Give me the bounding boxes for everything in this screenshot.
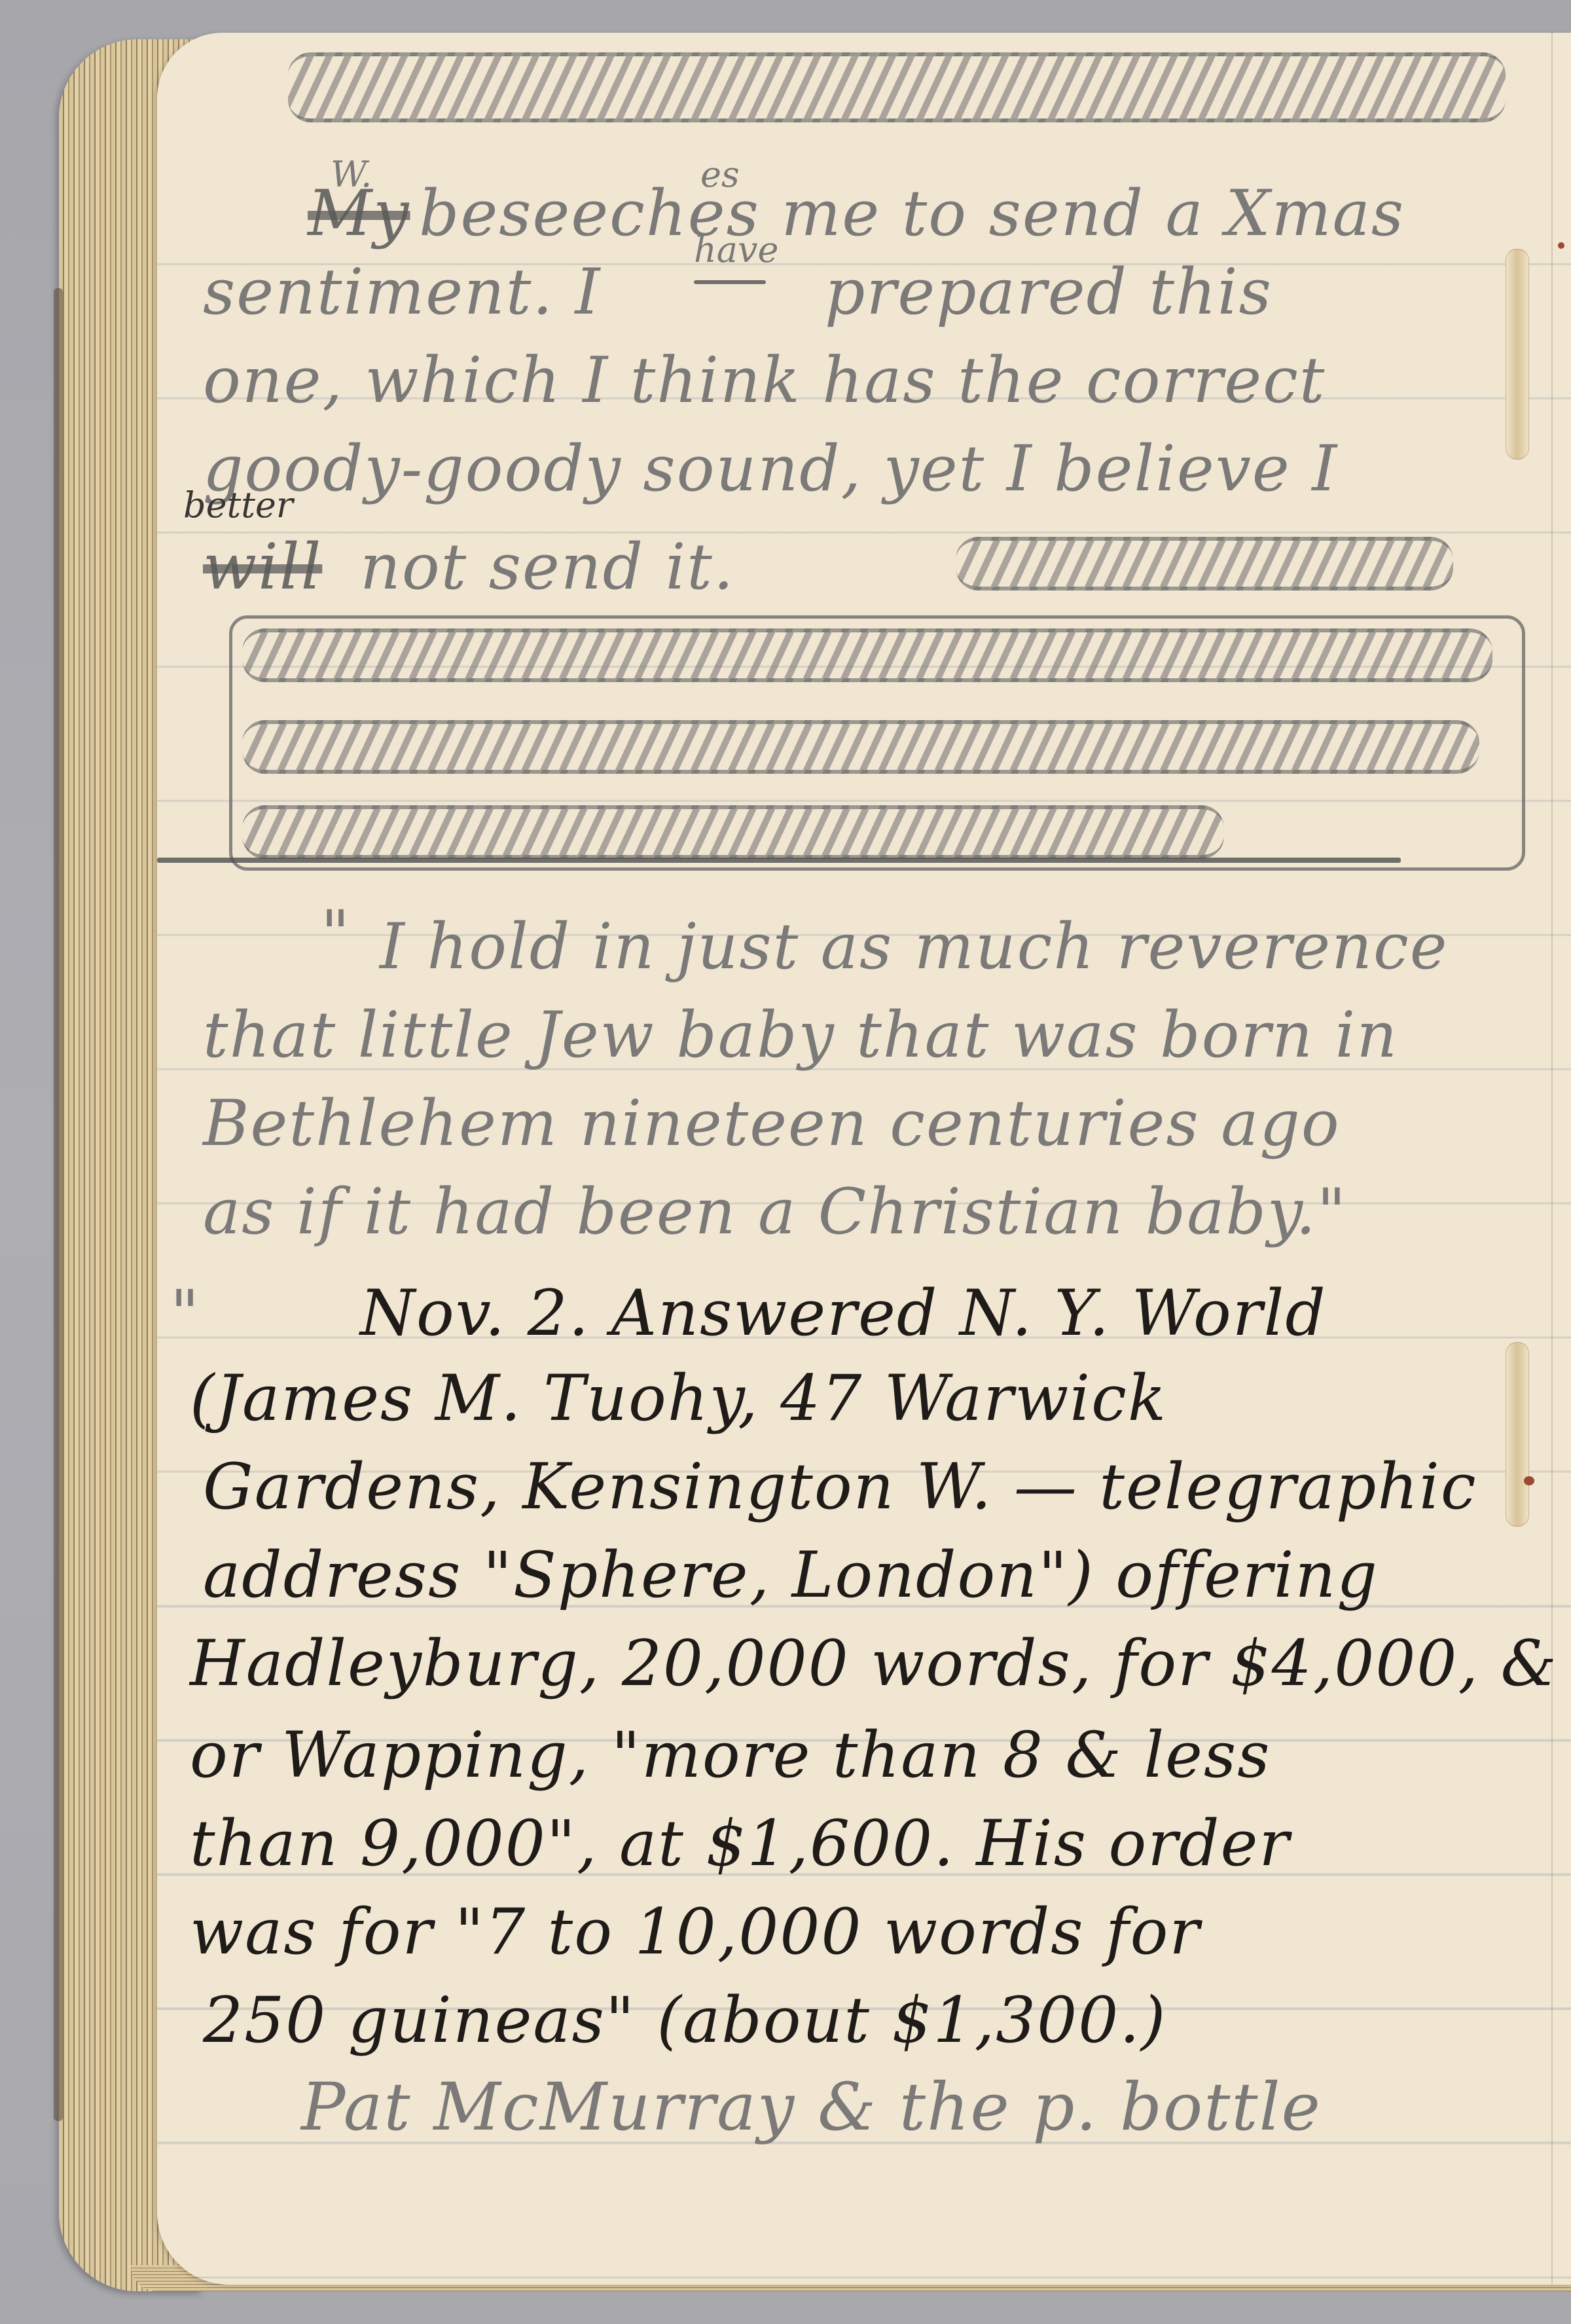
margin-insert-better: better: [183, 484, 293, 526]
xmas-line-2a: sentiment. I: [203, 255, 601, 329]
xmas-line-4: goody-goody sound, yet I believe I: [203, 432, 1338, 505]
nov-line-6: or Wapping, "more than 8 & less: [190, 1718, 1271, 1792]
worn-binding-edge: [54, 288, 63, 2121]
nov-line-5: Hadleyburg, 20,000 words, for $4,000, &: [190, 1627, 1558, 1700]
page-gutter-line: [1551, 33, 1553, 2285]
nov-line-4: address "Sphere, London") offering: [203, 1538, 1379, 1612]
cancelled-scribble-3: [242, 720, 1479, 774]
cancelled-block-underline: [157, 858, 1401, 863]
struck-heading-scribble: [288, 52, 1506, 122]
nov-line-9: 250 guineas" (about $1,300.): [203, 1984, 1166, 2057]
cancelled-scribble-1: [956, 537, 1453, 590]
xmas-line-3: one, which I think has the correct: [203, 344, 1326, 417]
nov-line-7: than 9,000", at $1,600. His order: [190, 1807, 1290, 1880]
insert-caret: [694, 280, 766, 284]
ink-spot: [1524, 1476, 1534, 1485]
nov-line-3: Gardens, Kensington W. — telegraphic: [203, 1450, 1477, 1523]
quote-open-mark: ": [321, 897, 351, 970]
nov-line-1: Nov. 2. Answered N. Y. World: [360, 1277, 1327, 1350]
cancelled-scribble-4: [242, 805, 1224, 859]
xmas-line-2b: prepared this: [825, 255, 1273, 329]
nov-open-mark: ": [170, 1277, 200, 1350]
nov-line-8: was for "7 to 10,000 words for: [190, 1895, 1201, 1969]
footer-note: Pat McMurray & the p. bottle: [301, 2069, 1322, 2145]
nov-line-2: (James M. Tuohy, 47 Warwick: [190, 1362, 1167, 1435]
struck-will: will: [203, 530, 322, 604]
quote-line-1: I hold in just as much reverence: [380, 910, 1449, 983]
insert-have: have: [694, 229, 778, 270]
quote-line-3: Bethlehem nineteen centuries ago: [203, 1087, 1341, 1160]
ink-spot-upper: [1558, 242, 1564, 249]
quote-line-4: as if it had been a Christian baby.": [203, 1175, 1347, 1248]
notebook-page: W. My es beseeches me to send a Xmas sen…: [157, 33, 1571, 2285]
page-tab-lower: [1506, 1342, 1529, 1527]
quote-line-2: that little Jew baby that was born in: [203, 998, 1398, 1072]
xmas-line-1: beseeches me to send a Xmas: [419, 177, 1405, 250]
xmas-line-5: not send it.: [360, 530, 734, 604]
page-tab-upper: [1506, 249, 1529, 460]
cancelled-scribble-2: [242, 628, 1492, 682]
struck-my: My: [308, 177, 410, 250]
